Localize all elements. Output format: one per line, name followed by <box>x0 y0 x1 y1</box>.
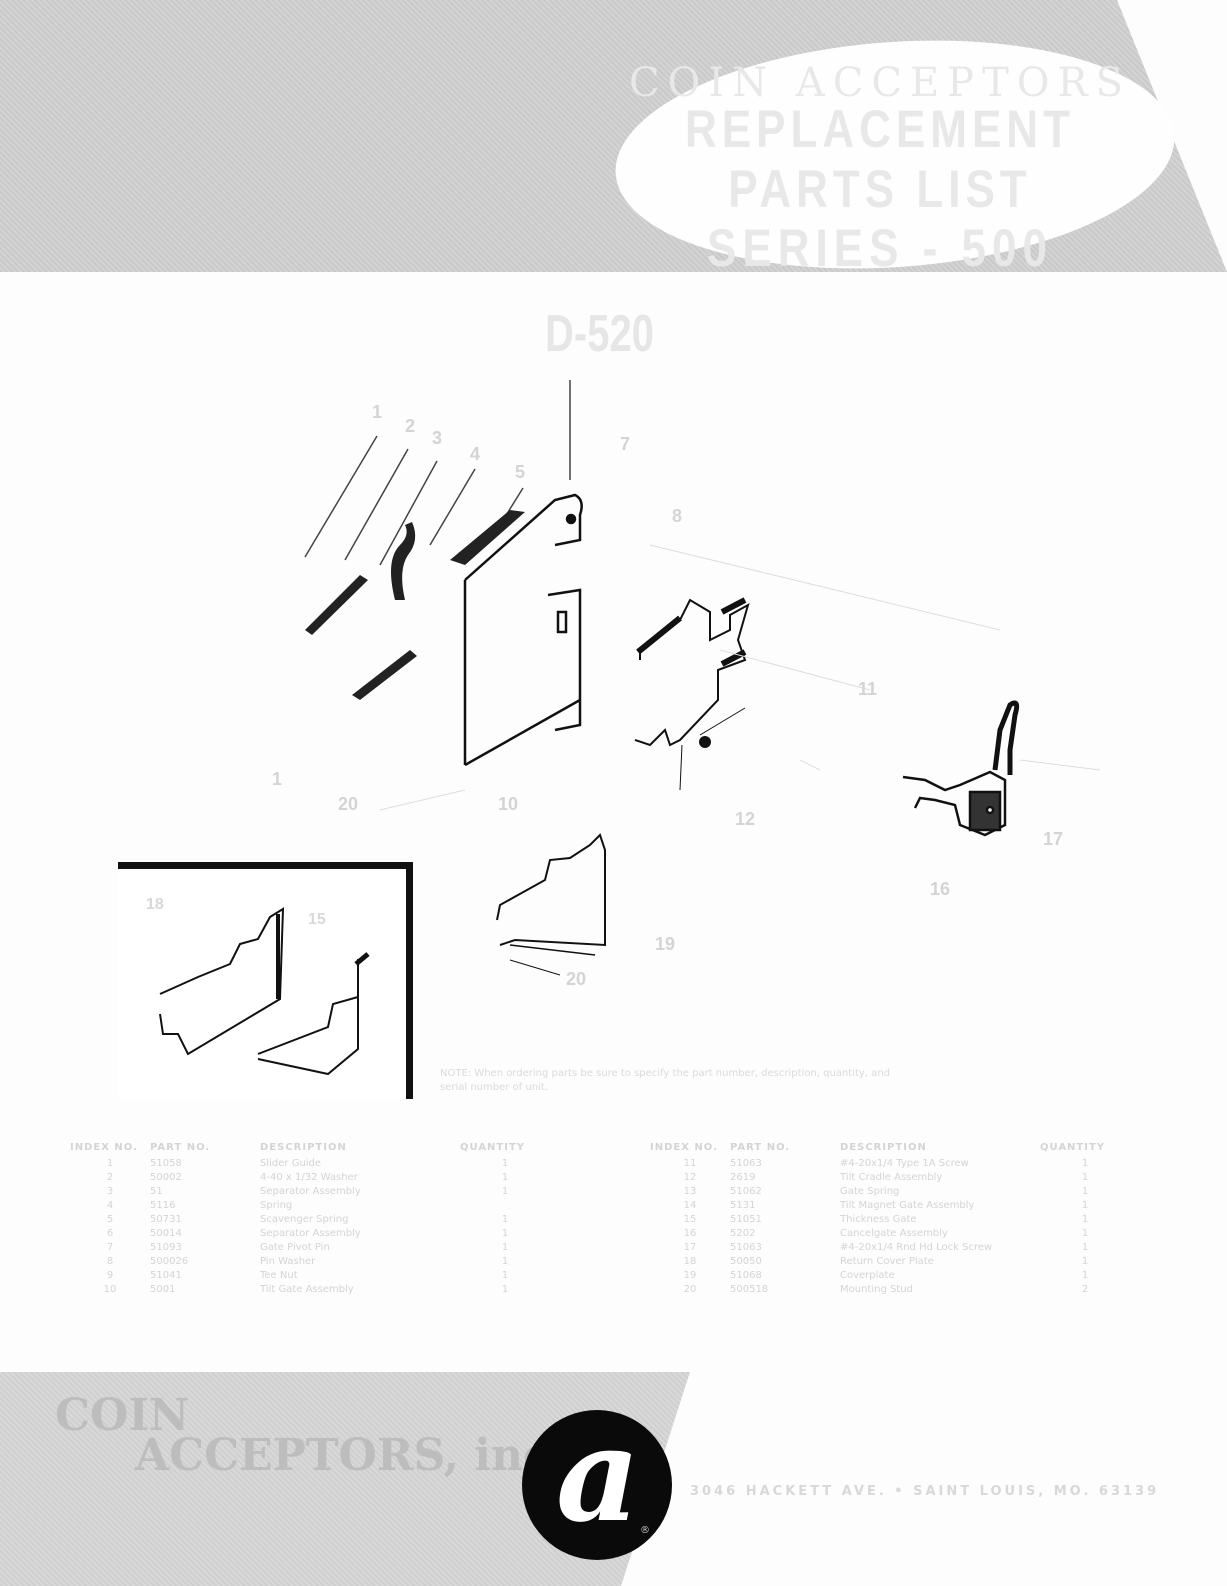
callout-7: 7 <box>620 434 630 454</box>
table-row: 1351062Gate Spring1 <box>650 1185 1130 1199</box>
table-row: 550731Scavenger Spring1 <box>70 1213 550 1227</box>
callout-16: 16 <box>930 879 950 899</box>
index-cell: 12 <box>650 1171 730 1185</box>
callout-3: 3 <box>432 428 442 448</box>
description-cell: Separator Assembly <box>260 1185 460 1199</box>
part-number-cell: 50731 <box>150 1213 260 1227</box>
table-row: 145131Tilt Magnet Gate Assembly1 <box>650 1199 1130 1213</box>
index-cell: 18 <box>650 1255 730 1269</box>
description-cell: Tilt Magnet Gate Assembly <box>840 1199 1040 1213</box>
part-number-cell: 51093 <box>150 1241 260 1255</box>
index-cell: 14 <box>650 1199 730 1213</box>
index-cell: 9 <box>70 1269 150 1283</box>
company-address: 3046 HACKETT AVE. • SAINT LOUIS, MO. 631… <box>690 1484 1159 1499</box>
table-row: 650014Separator Assembly1 <box>70 1227 550 1241</box>
description-cell: Mounting Stud <box>840 1283 1040 1297</box>
table-row: 20500518Mounting Stud2 <box>650 1283 1130 1297</box>
index-cell: 16 <box>650 1227 730 1241</box>
description-cell: Tilt Gate Assembly <box>260 1283 460 1297</box>
inset-callout-15: 15 <box>308 911 326 928</box>
part-number-cell: 51058 <box>150 1157 260 1171</box>
table-row: 2500024-40 x 1/32 Washer1 <box>70 1171 550 1185</box>
table-row: 751093Gate Pivot Pin1 <box>70 1241 550 1255</box>
quantity-cell: 1 <box>1040 1241 1130 1255</box>
title-document: REPLACEMENT PARTS LIST <box>615 100 1145 220</box>
description-cell: #4-20x1/4 Type 1A Screw <box>840 1157 1040 1171</box>
part-number-cell: 51063 <box>730 1157 840 1171</box>
quantity-cell: 2 <box>1040 1283 1130 1297</box>
index-cell: 6 <box>70 1227 150 1241</box>
quantity-cell: 1 <box>460 1185 550 1199</box>
description-cell: Slider Guide <box>260 1157 460 1171</box>
header-part: PART NO. <box>150 1142 260 1157</box>
quantity-cell: 1 <box>460 1227 550 1241</box>
index-cell: 19 <box>650 1269 730 1283</box>
description-cell: Cancelgate Assembly <box>840 1227 1040 1241</box>
description-cell: Tee Nut <box>260 1269 460 1283</box>
header-quantity: QUANTITY <box>1040 1142 1130 1157</box>
quantity-cell: 1 <box>1040 1157 1130 1171</box>
quantity-cell: 1 <box>1040 1227 1130 1241</box>
parts-table-right: INDEX NO. PART NO. DESCRIPTION QUANTITY … <box>650 1142 1130 1297</box>
quantity-cell: 1 <box>460 1213 550 1227</box>
quantity-cell: 1 <box>1040 1185 1130 1199</box>
inset-diagram: 18 15 <box>118 869 406 1099</box>
index-cell: 10 <box>70 1283 150 1297</box>
part-number-cell: 500518 <box>730 1283 840 1297</box>
description-cell: Gate Spring <box>840 1185 1040 1199</box>
header-description: DESCRIPTION <box>840 1142 1040 1157</box>
description-cell: Spring <box>260 1199 460 1213</box>
description-cell: Gate Pivot Pin <box>260 1241 460 1255</box>
title-series: SERIES - 500 <box>615 219 1145 279</box>
description-cell: Separator Assembly <box>260 1227 460 1241</box>
callout-20: 20 <box>338 794 358 814</box>
table-row: 151058Slider Guide1 <box>70 1157 550 1171</box>
callout-1b: 1 <box>272 769 282 789</box>
description-cell: Thickness Gate <box>840 1213 1040 1227</box>
quantity-cell: 1 <box>460 1241 550 1255</box>
index-cell: 3 <box>70 1185 150 1199</box>
model-number: D-520 <box>545 305 654 364</box>
description-cell: Scavenger Spring <box>260 1213 460 1227</box>
title-block: COIN ACCEPTORS REPLACEMENT PARTS LIST SE… <box>615 60 1145 274</box>
description-cell: 4-40 x 1/32 Washer <box>260 1171 460 1185</box>
header-part: PART NO. <box>730 1142 840 1157</box>
table-row: 165202Cancelgate Assembly1 <box>650 1227 1130 1241</box>
table-row: 1951068Coverplate1 <box>650 1269 1130 1283</box>
index-cell: 20 <box>650 1283 730 1297</box>
callout-8: 8 <box>672 506 682 526</box>
part-number-cell: 500026 <box>150 1255 260 1269</box>
index-cell: 17 <box>650 1241 730 1255</box>
quantity-cell: 1 <box>460 1269 550 1283</box>
description-cell: Return Cover Plate <box>840 1255 1040 1269</box>
logo-letter-icon: a <box>556 1410 640 1551</box>
part-number-cell: 5202 <box>730 1227 840 1241</box>
table-row: 351Separator Assembly1 <box>70 1185 550 1199</box>
table-row: 951041Tee Nut1 <box>70 1269 550 1283</box>
part-number-cell: 51062 <box>730 1185 840 1199</box>
table-row: 1850050Return Cover Plate1 <box>650 1255 1130 1269</box>
table-row: 105001Tilt Gate Assembly1 <box>70 1283 550 1297</box>
callout-1: 1 <box>372 402 382 422</box>
description-cell: #4-20x1/4 Rnd Hd Lock Screw <box>840 1241 1040 1255</box>
index-cell: 11 <box>650 1157 730 1171</box>
description-cell: Pin Washer <box>260 1255 460 1269</box>
table-row: 8500026Pin Washer1 <box>70 1255 550 1269</box>
callout-4: 4 <box>470 444 480 464</box>
quantity-cell: 1 <box>1040 1255 1130 1269</box>
table-row: 1151063#4-20x1/4 Type 1A Screw1 <box>650 1157 1130 1171</box>
part-number-cell: 5131 <box>730 1199 840 1213</box>
quantity-cell: 1 <box>1040 1171 1130 1185</box>
table-row: 1551051Thickness Gate1 <box>650 1213 1130 1227</box>
ordering-note: NOTE: When ordering parts be sure to spe… <box>440 1067 890 1095</box>
callout-19: 19 <box>655 934 675 954</box>
company-logo: a <box>522 1410 672 1560</box>
header-index: INDEX NO. <box>650 1142 730 1157</box>
quantity-cell: 1 <box>460 1171 550 1185</box>
header-index: INDEX NO. <box>70 1142 150 1157</box>
registered-mark: ® <box>640 1525 650 1536</box>
part-number-cell: 51051 <box>730 1213 840 1227</box>
part-number-cell: 50002 <box>150 1171 260 1185</box>
index-cell: 4 <box>70 1199 150 1213</box>
index-cell: 5 <box>70 1213 150 1227</box>
callout-17: 17 <box>1043 829 1063 849</box>
part-number-cell: 51 <box>150 1185 260 1199</box>
part-number-cell: 50050 <box>730 1255 840 1269</box>
parts-table-left: INDEX NO. PART NO. DESCRIPTION QUANTITY … <box>70 1142 550 1297</box>
table-row: 122619Tilt Cradle Assembly1 <box>650 1171 1130 1185</box>
index-cell: 7 <box>70 1241 150 1255</box>
inset-callout-18: 18 <box>146 896 164 913</box>
quantity-cell: 1 <box>460 1255 550 1269</box>
table-row: 45116Spring <box>70 1199 550 1213</box>
index-cell: 15 <box>650 1213 730 1227</box>
index-cell: 8 <box>70 1255 150 1269</box>
callout-10: 10 <box>498 794 518 814</box>
quantity-cell <box>460 1199 550 1213</box>
part-number-cell: 5001 <box>150 1283 260 1297</box>
callout-11: 11 <box>858 679 877 699</box>
part-number-cell: 5116 <box>150 1199 260 1213</box>
index-cell: 1 <box>70 1157 150 1171</box>
part-number-cell: 51068 <box>730 1269 840 1283</box>
header-description: DESCRIPTION <box>260 1142 460 1157</box>
callout-2: 2 <box>405 416 415 436</box>
callout-12: 12 <box>735 809 755 829</box>
part-number-cell: 2619 <box>730 1171 840 1185</box>
callout-20b: 20 <box>566 969 586 989</box>
part-number-cell: 50014 <box>150 1227 260 1241</box>
quantity-cell: 1 <box>460 1157 550 1171</box>
quantity-cell: 1 <box>460 1283 550 1297</box>
quantity-cell: 1 <box>1040 1269 1130 1283</box>
table-row: 1751063#4-20x1/4 Rnd Hd Lock Screw1 <box>650 1241 1130 1255</box>
callout-5: 5 <box>515 462 525 482</box>
index-cell: 2 <box>70 1171 150 1185</box>
quantity-cell: 1 <box>1040 1213 1130 1227</box>
part-number-cell: 51041 <box>150 1269 260 1283</box>
part-number-cell: 51063 <box>730 1241 840 1255</box>
description-cell: Tilt Cradle Assembly <box>840 1171 1040 1185</box>
inset-alternate-parts: 18 15 <box>118 862 413 1099</box>
header-quantity: QUANTITY <box>460 1142 550 1157</box>
index-cell: 13 <box>650 1185 730 1199</box>
company-name-line2: ACCEPTORS, inc. <box>135 1430 565 1481</box>
quantity-cell: 1 <box>1040 1199 1130 1213</box>
description-cell: Coverplate <box>840 1269 1040 1283</box>
